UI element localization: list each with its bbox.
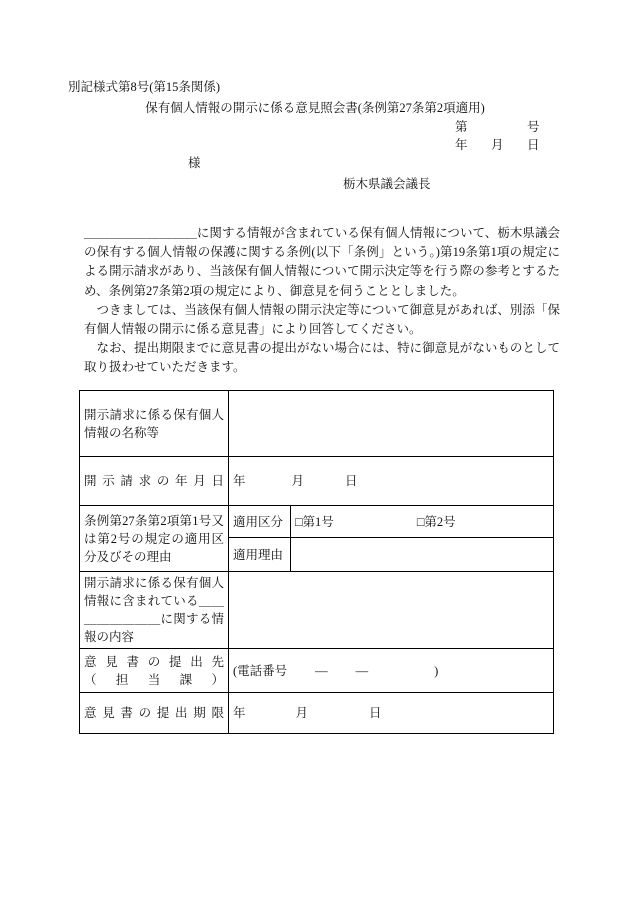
- paragraph-1: ＿＿＿＿＿＿＿＿＿に関する情報が含まれている保有個人情報について、栃木県議会の保…: [84, 224, 560, 301]
- row4-label: 開示請求に係る保有個人情報に含まれている＿＿＿＿＿＿＿＿に関する情報の内容: [80, 572, 229, 649]
- form-table: 開示請求に係る保有個人情報の名称等 開示請求の年月日 年月日 条例第27条第2項…: [79, 390, 554, 734]
- document-page: 別記様式第8号(第15条関係) 保有個人情報の開示に係る意見照会書(条例第27条…: [0, 0, 630, 903]
- row2-month: 月: [292, 474, 305, 488]
- phone-label: (電話番号: [233, 664, 287, 678]
- row3-sub2-value-cell: [291, 538, 554, 572]
- row6-label-text: 意見書の提出期限: [84, 704, 224, 722]
- header-date-year: 年: [455, 138, 468, 153]
- sender-title: 栃木県議会議長: [343, 177, 431, 192]
- row6-date-cell: 年月日: [229, 693, 554, 734]
- row2-label: 開示請求の年月日: [80, 457, 229, 506]
- row3-checkbox-cell: □第1号□第2号: [291, 506, 554, 538]
- doc-number-prefix: 第: [455, 120, 468, 135]
- phone-dash-1: —: [315, 664, 328, 678]
- document-title: 保有個人情報の開示に係る意見照会書(条例第27条第2項適用): [0, 101, 630, 116]
- addressee-honorific: 様: [188, 156, 201, 171]
- row5-label: 意見書の提出先 （担当課）: [80, 649, 229, 693]
- header-date-day: 日: [527, 138, 540, 153]
- row2-year: 年: [233, 474, 246, 488]
- table-row-request-date: 開示請求の年月日 年月日: [80, 457, 554, 506]
- row2-date-cell: 年月日: [229, 457, 554, 506]
- row5-label-line1: 意見書の提出先: [84, 653, 224, 671]
- row3-sub2-label: 適用理由: [229, 538, 291, 572]
- form-number: 別記様式第8号(第15条関係): [68, 80, 220, 95]
- paragraph-2: つきましては、当該保有個人情報の開示決定等について御意見があれば、別添「保有個人…: [84, 301, 560, 339]
- paragraph-3: なお、提出期限までに意見書の提出がない場合には、特に御意見がないものとして取り扱…: [84, 339, 560, 377]
- doc-number-suffix: 号: [527, 120, 540, 135]
- header-date-month: 月: [491, 138, 504, 153]
- table-row-name: 開示請求に係る保有個人情報の名称等: [80, 391, 554, 457]
- phone-close-paren: ): [434, 664, 438, 678]
- row5-label-line2: （担当課）: [84, 671, 224, 689]
- phone-dash-2: —: [356, 664, 369, 678]
- row2-day: 日: [345, 474, 358, 488]
- table-row-info-content: 開示請求に係る保有個人情報に含まれている＿＿＿＿＿＿＿＿に関する情報の内容: [80, 572, 554, 649]
- row1-label: 開示請求に係る保有個人情報の名称等: [80, 391, 229, 457]
- row4-value-cell: [229, 572, 554, 649]
- body-text: ＿＿＿＿＿＿＿＿＿に関する情報が含まれている保有個人情報について、栃木県議会の保…: [84, 224, 560, 378]
- row2-label-text: 開示請求の年月日: [84, 472, 224, 490]
- row3-label: 条例第27条第2項第1号又は第2号の規定の適用区分及びその理由: [80, 506, 229, 572]
- row1-value-cell: [229, 391, 554, 457]
- table-row-submission-deadline: 意見書の提出期限 年月日: [80, 693, 554, 734]
- row6-year: 年: [233, 706, 246, 720]
- table-row-submission-destination: 意見書の提出先 （担当課） (電話番号——): [80, 649, 554, 693]
- row3-sub1-label: 適用区分: [229, 506, 291, 538]
- row6-day: 日: [369, 706, 382, 720]
- checkbox-item2: □第2号: [417, 515, 456, 529]
- row6-label: 意見書の提出期限: [80, 693, 229, 734]
- checkbox-item1: □第1号: [295, 515, 334, 529]
- table-row-application-category: 条例第27条第2項第1号又は第2号の規定の適用区分及びその理由 適用区分 □第1…: [80, 506, 554, 538]
- row6-month: 月: [296, 706, 309, 720]
- row5-phone-cell: (電話番号——): [229, 649, 554, 693]
